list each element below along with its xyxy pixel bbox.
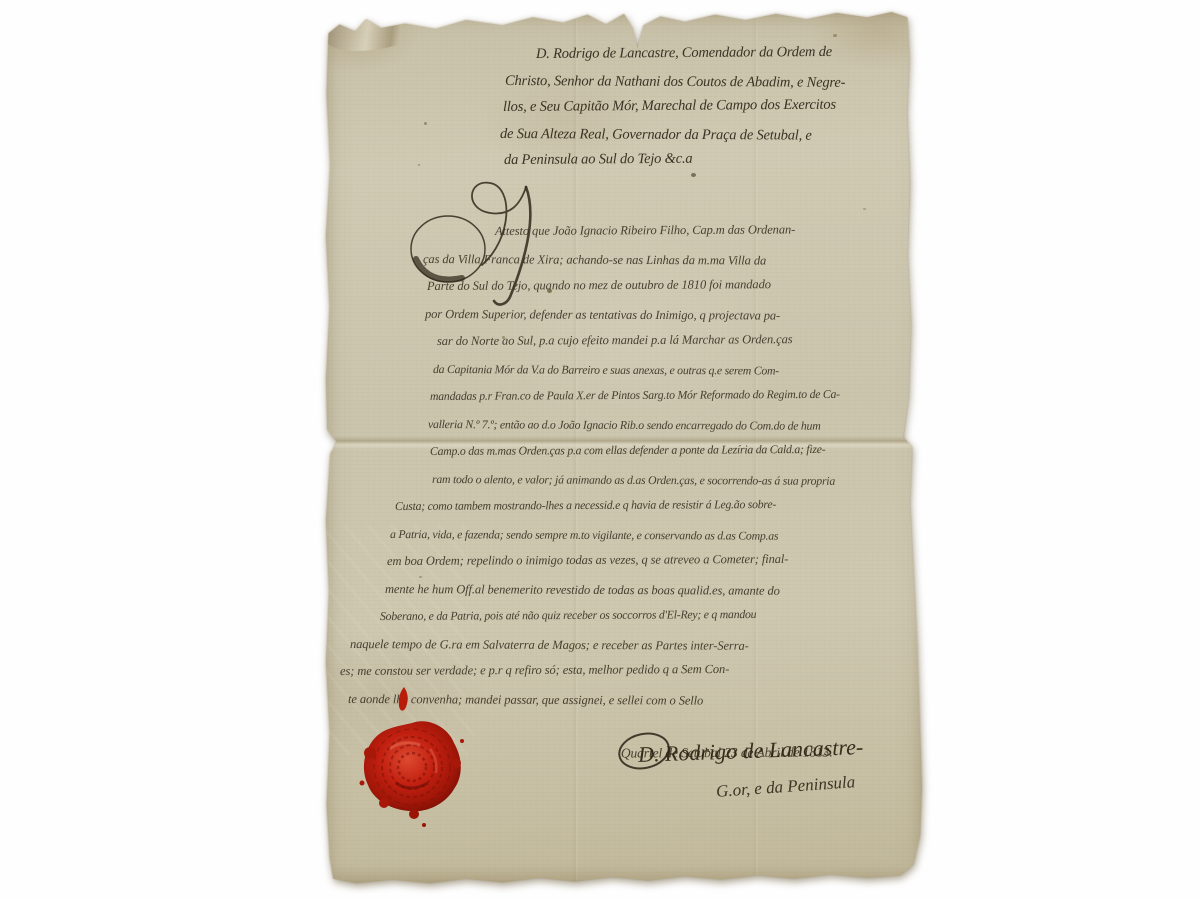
document-paper: D. Rodrigo de Lancastre, Comendador da O… <box>320 5 928 893</box>
manuscript-line: Custa; como tambem mostrando-lhes a nece… <box>395 490 928 520</box>
manuscript-line: mandadas p.r Fran.co de Paula X.er de Pi… <box>430 380 928 410</box>
paper-sheet: D. Rodrigo de Lancastre, Comendador da O… <box>320 5 928 893</box>
paper-stain <box>691 173 696 177</box>
manuscript-line: sar do Norte ao Sul, p.a cujo efeito man… <box>437 325 928 355</box>
manuscript-line: Attesto que João Ignacio Ribeiro Filho, … <box>495 216 928 246</box>
manuscript-line: Parte do Sul do Tejo, quando no mez de o… <box>427 270 928 300</box>
manuscript-line: es; me constou ser verdade; e p.r q refi… <box>340 655 928 686</box>
manuscript-line: D. Rodrigo de Lancastre, Comendador da O… <box>536 38 928 67</box>
paper-stain <box>863 208 866 210</box>
wax-seal <box>354 683 472 831</box>
manuscript-line: Soberano, e da Patria, pois até não quiz… <box>380 600 928 630</box>
manuscript-line: llos, e Seu Capitão Mór, Marechal de Cam… <box>503 91 928 120</box>
document-header: D. Rodrigo de Lancastre, Comendador da O… <box>320 41 928 174</box>
manuscript-line: em boa Ordem; repelindo o inimigo todas … <box>387 545 928 575</box>
paper-stain <box>833 34 837 37</box>
manuscript-line: da Peninsula ao Sul do Tejo &c.a <box>504 144 928 173</box>
manuscript-line: Camp.o das m.mas Orden.ças p.a com ellas… <box>430 435 928 465</box>
photograph-background: D. Rodrigo de Lancastre, Comendador da O… <box>0 0 1200 900</box>
